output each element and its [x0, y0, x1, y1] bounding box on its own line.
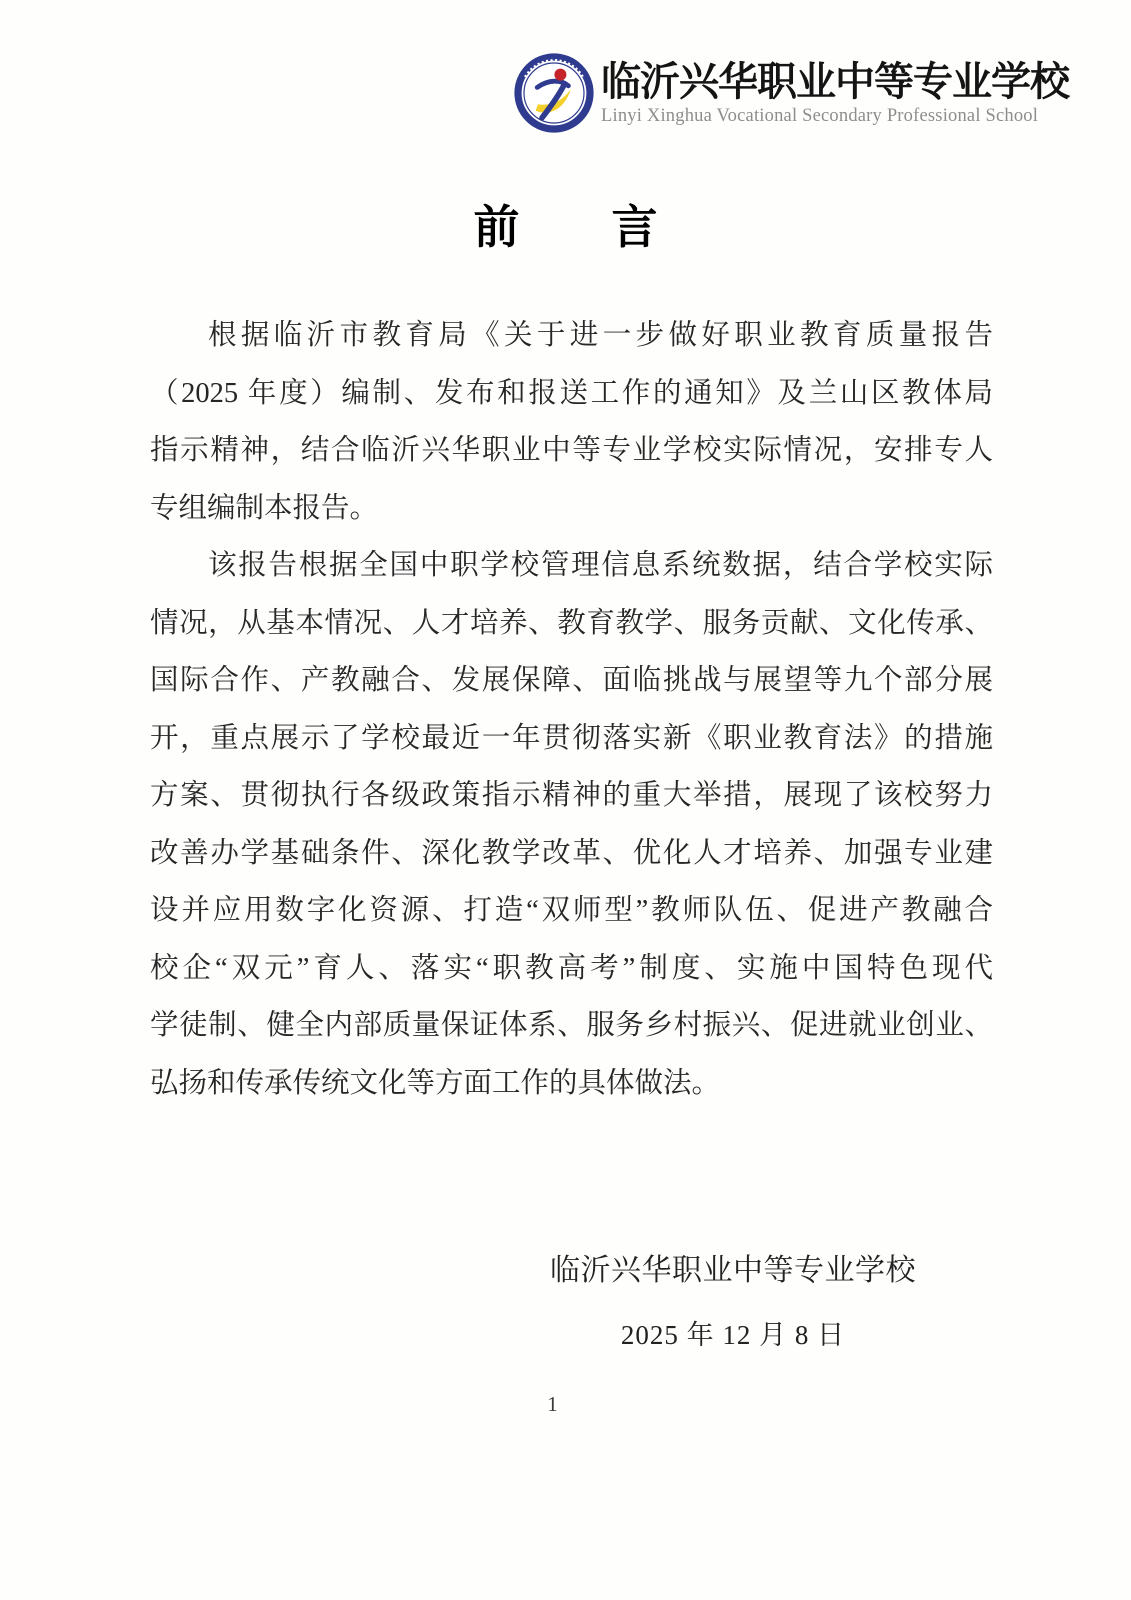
body-line: 开，重点展示了学校最近一年贯彻落实新《职业教育法》的措施: [150, 710, 993, 768]
document-body: 根据临沂市教育局《关于进一步做好职业教育质量报告 （2025 年度）编制、发布和…: [150, 307, 993, 1112]
body-line: 方案、贯彻执行各级政策指示精神的重大举措，展现了该校努力: [150, 767, 993, 825]
body-line: 指示精神，结合临沂兴华职业中等专业学校实际情况，安排专人: [150, 422, 993, 480]
body-line: 校企“双元”育人、落实“职教高考”制度、实施中国特色现代: [150, 940, 993, 998]
body-line: 国际合作、产教融合、发展保障、面临挑战与展望等九个部分展: [150, 652, 993, 710]
signature-date: 2025 年 12 月 8 日: [520, 1313, 946, 1352]
school-name-zh: 临沂兴华职业中等专业学校: [601, 59, 1069, 105]
school-name-block: 临沂兴华职业中等专业学校 Linyi Xinghua Vocational Se…: [601, 59, 1069, 127]
school-header: 临沂兴华职业中等专业学校 Linyi Xinghua Vocational Se…: [514, 52, 1069, 134]
body-line: 改善办学基础条件、深化教学改革、优化人才培养、加强专业建: [150, 825, 993, 883]
body-line: 该报告根据全国中职学校管理信息系统数据，结合学校实际: [150, 537, 993, 595]
body-line: （2025 年度）编制、发布和报送工作的通知》及兰山区教体局: [150, 365, 993, 423]
body-line: 学徒制、健全内部质量保证体系、服务乡村振兴、促进就业创业、: [150, 997, 993, 1055]
body-line: 根据临沂市教育局《关于进一步做好职业教育质量报告: [150, 307, 993, 365]
school-emblem-icon: [514, 52, 594, 134]
page-title: 前 言: [0, 200, 1131, 255]
signature-block: 临沂兴华职业中等专业学校 2025 年 12 月 8 日: [520, 1245, 946, 1352]
body-line: 专组编制本报告。: [150, 480, 993, 538]
body-line: 情况，从基本情况、人才培养、教育教学、服务贡献、文化传承、: [150, 595, 993, 653]
school-name-en: Linyi Xinghua Vocational Secondary Profe…: [601, 106, 1069, 127]
body-line: 设并应用数字化资源、打造“双师型”教师队伍、促进产教融合: [150, 882, 993, 940]
body-line: 弘扬和传承传统文化等方面工作的具体做法。: [150, 1055, 993, 1113]
page-number: 1: [0, 1392, 1131, 1417]
document-page: 临沂兴华职业中等专业学校 Linyi Xinghua Vocational Se…: [0, 0, 1131, 1600]
signature-school-name: 临沂兴华职业中等专业学校: [520, 1245, 946, 1289]
